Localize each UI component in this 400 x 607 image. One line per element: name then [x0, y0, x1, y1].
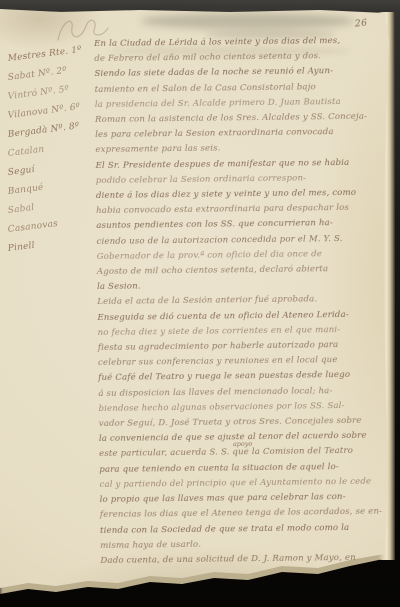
page-number: 26	[355, 18, 368, 29]
interlinear-insertion: apoyo	[233, 441, 252, 448]
manuscript-line: Dado cuenta, de una solicitud de D. J. R…	[100, 550, 396, 569]
ink-bleedthrough-smudge	[140, 13, 355, 29]
photographed-manuscript: 26 Mestres Rte. 1ºSabat Nº. 2ºVintró Nº.…	[0, 0, 400, 607]
attendees-margin-list: Mestres Rte. 1ºSabat Nº. 2ºVintró Nº. 5º…	[8, 50, 94, 259]
minutes-body-text: En la Ciudad de Lérida á los veinte y do…	[94, 33, 396, 569]
